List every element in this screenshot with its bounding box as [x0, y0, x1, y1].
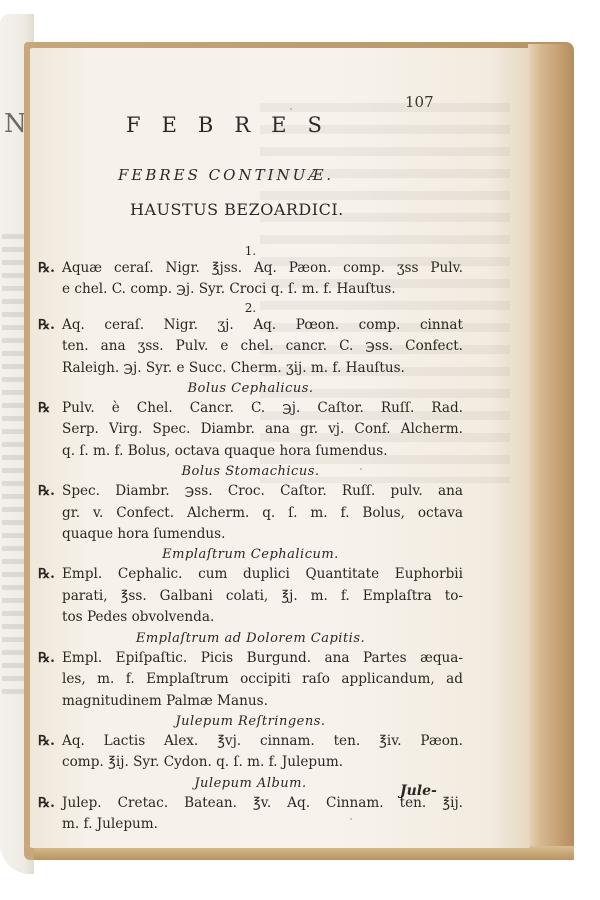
recipe-heading: Bolus Cephalicus. [38, 379, 463, 398]
recipe-line-text: Aquæ ceraſ. Nigr. ℥jss. Aq. Pæon. comp. … [62, 260, 463, 276]
recipe-line: magnitudinem Palmæ Manus. [38, 691, 463, 712]
recipe-line: ℞Pulv. è Chel. Cancr. C. ℈j. Caſtor. Ruſ… [38, 398, 463, 419]
recipe-symbol: ℞. [38, 648, 62, 669]
catchword: Jule- [400, 783, 437, 799]
recipe-line: ℞.Aq. ceraſ. Nigr. ʒj. Aq. Pœon. comp. c… [38, 315, 463, 336]
recipe-line-text: m. f. Julepum. [62, 816, 158, 832]
recipe-text: 1. ℞.Aquæ ceraſ. Nigr. ℥jss. Aq. Pæon. c… [38, 244, 463, 836]
recipe-symbol: ℞. [38, 315, 62, 336]
recipe-line-text: Aq. Lactis Alex. ℥vj. cinnam. ten. ℥iv. … [62, 733, 463, 749]
recipe-line-text: parati, ℥ss. Galbani colati, ℥j. m. f. E… [62, 588, 463, 604]
recipe-line: q. ſ. m. f. Bolus, octava quaque hora ſu… [38, 441, 463, 462]
recipe-line-text: les, m. f. Emplaſtrum occipiti raſo appl… [62, 671, 463, 687]
entry-number: 1. [38, 244, 463, 258]
entry-number: 2. [38, 301, 463, 315]
recipe-heading: Bolus Stomachicus. [38, 462, 463, 481]
page-title: FEBRES [126, 113, 343, 137]
recipe-line-text: quaque hora ſumendus. [62, 526, 225, 542]
recipe-line-text: Empl. Cephalic. cum duplici Quantitate E… [62, 566, 463, 582]
recipe-line: comp. ℥ij. Syr. Cydon. q. ſ. m. f. Julep… [38, 752, 463, 773]
recipe-line-text: q. ſ. m. f. Bolus, octava quaque hora ſu… [62, 443, 388, 459]
recipe-symbol: ℞. [38, 481, 62, 502]
recipe-line: ℞.Spec. Diambr. ℈ss. Croc. Caſtor. Ruſſ.… [38, 481, 463, 502]
page-subtitle: FEBRES CONTINUÆ. [118, 166, 334, 184]
recipe-line: ℞.Empl. Epiſpaſtic. Picis Burgund. ana P… [38, 648, 463, 669]
recipe-line-text: e chel. C. comp. ℈j. Syr. Croci q. ſ. m.… [62, 281, 396, 297]
recipe-line-text: comp. ℥ij. Syr. Cydon. q. ſ. m. f. Julep… [62, 754, 343, 770]
recipe-line: e chel. C. comp. ℈j. Syr. Croci q. ſ. m.… [38, 279, 463, 300]
paper-spot [290, 108, 292, 110]
book-fore-edge [528, 44, 574, 856]
page-number: 107 [405, 93, 434, 111]
recipe-heading: Emplaſtrum Cephalicum. [38, 545, 463, 564]
recipe-line-text: gr. v. Confect. Alcherm. q. ſ. m. f. Bol… [62, 505, 463, 521]
recipe-line-text: magnitudinem Palmæ Manus. [62, 693, 268, 709]
book-bottom-edge [34, 846, 574, 860]
recipe-heading: Emplaſtrum ad Dolorem Capitis. [38, 629, 463, 648]
recipe-heading: Julepum Reſtringens. [38, 712, 463, 731]
recipe-line-text: Spec. Diambr. ℈ss. Croc. Caſtor. Ruſſ. p… [62, 483, 463, 499]
recipe-line-text: Serp. Virg. Spec. Diambr. ana gr. vj. Co… [62, 421, 463, 437]
recipe-line: quaque hora ſumendus. [38, 524, 463, 545]
recipe-line-text: Raleigh. ℈j. Syr. e Succ. Cherm. ʒij. m.… [62, 360, 405, 376]
recipe-symbol: ℞. [38, 564, 62, 585]
recipe-line: Raleigh. ℈j. Syr. e Succ. Cherm. ʒij. m.… [38, 358, 463, 379]
recipe-line: gr. v. Confect. Alcherm. q. ſ. m. f. Bol… [38, 503, 463, 524]
book-page: 107 FEBRES FEBRES CONTINUÆ. HAUSTUS BEZO… [30, 48, 530, 848]
recipe-line: ten. ana ʒss. Pulv. e chel. cancr. C. ℈s… [38, 336, 463, 357]
recipe-line-text: Aq. ceraſ. Nigr. ʒj. Aq. Pœon. comp. cin… [62, 317, 463, 333]
recipe-symbol: ℞. [38, 258, 62, 279]
recipe-line: tos Pedes obvolvenda. [38, 607, 463, 628]
recipe-line-text: Empl. Epiſpaſtic. Picis Burgund. ana Par… [62, 650, 463, 666]
recipe-line: parati, ℥ss. Galbani colati, ℥j. m. f. E… [38, 586, 463, 607]
recipe-symbol: ℞. [38, 731, 62, 752]
recipe-line: les, m. f. Emplaſtrum occipiti raſo appl… [38, 669, 463, 690]
recipe-symbol: ℞. [38, 793, 62, 814]
recipe-line: ℞.Aquæ ceraſ. Nigr. ℥jss. Aq. Pæon. comp… [38, 258, 463, 279]
recipe-line-text: tos Pedes obvolvenda. [62, 609, 214, 625]
recipe-line: Serp. Virg. Spec. Diambr. ana gr. vj. Co… [38, 419, 463, 440]
recipe-symbol: ℞ [38, 398, 62, 419]
recipe-line: ℞.Empl. Cephalic. cum duplici Quantitate… [38, 564, 463, 585]
recipe-line-text: ten. ana ʒss. Pulv. e chel. cancr. C. ℈s… [62, 338, 463, 354]
section-title: HAUSTUS BEZOARDICI. [130, 200, 344, 219]
recipe-line: m. f. Julepum. [38, 814, 463, 835]
recipe-line-text: Pulv. è Chel. Cancr. C. ℈j. Caſtor. Ruſſ… [62, 400, 463, 416]
recipe-line: ℞.Aq. Lactis Alex. ℥vj. cinnam. ten. ℥iv… [38, 731, 463, 752]
